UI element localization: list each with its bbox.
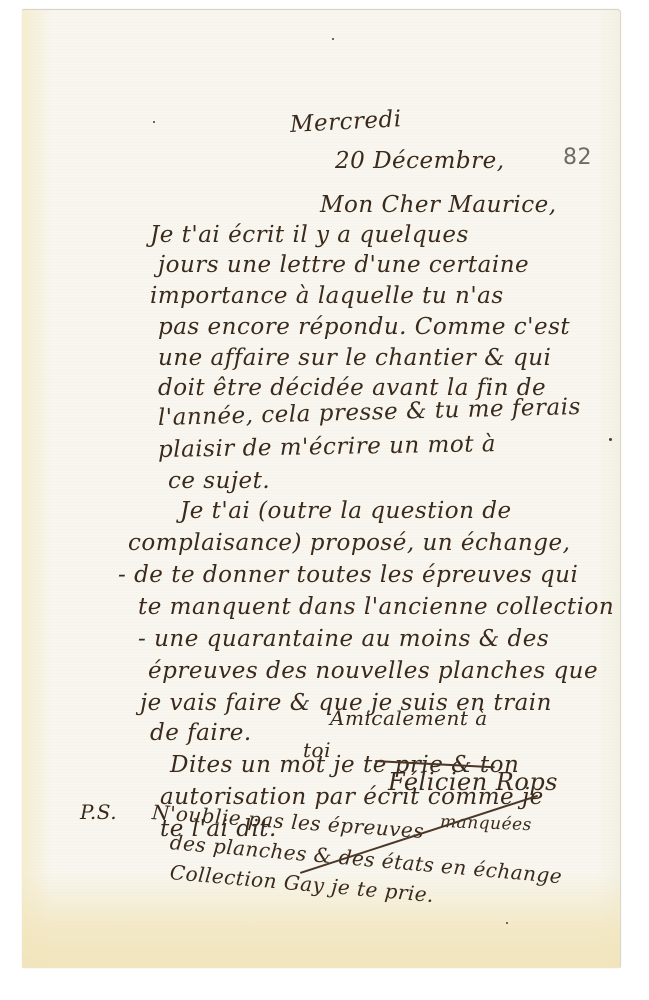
ink-speck [332, 38, 334, 40]
signature: Félicien Rops [388, 768, 558, 796]
body-line: te manquent dans l'ancienne collection [138, 594, 614, 620]
body-line: épreuves des nouvelles planches que [148, 658, 598, 684]
body-line: Je t'ai écrit il y a quelques [150, 222, 469, 248]
body-line: Je t'ai (outre la question de [180, 498, 512, 524]
body-line: importance à laquelle tu n'as [150, 283, 504, 309]
body-line: jours une lettre d'une certaine [158, 252, 529, 278]
body-line: pas encore répondu. Comme c'est [158, 314, 570, 340]
closing-line: toi [303, 738, 331, 762]
body-line: une affaire sur le chantier & qui [158, 345, 551, 371]
ink-speck [153, 121, 155, 123]
closing-line: Amicalement à [330, 706, 488, 730]
salutation: Mon Cher Maurice, [320, 192, 557, 218]
ink-speck [609, 438, 612, 441]
body-line: complaisance) proposé, un échange, [128, 530, 570, 556]
body-line: de faire. [150, 720, 252, 746]
letter-date: 20 Décembre, [335, 148, 505, 174]
pencil-year-note: 82 [563, 145, 592, 170]
body-line: ce sujet. [168, 468, 270, 494]
body-line: - une quarantaine au moins & des [138, 626, 549, 652]
ps-label: P.S. [80, 800, 117, 824]
body-line: - de te donner toutes les épreuves qui [118, 562, 578, 588]
ink-speck [506, 922, 508, 924]
